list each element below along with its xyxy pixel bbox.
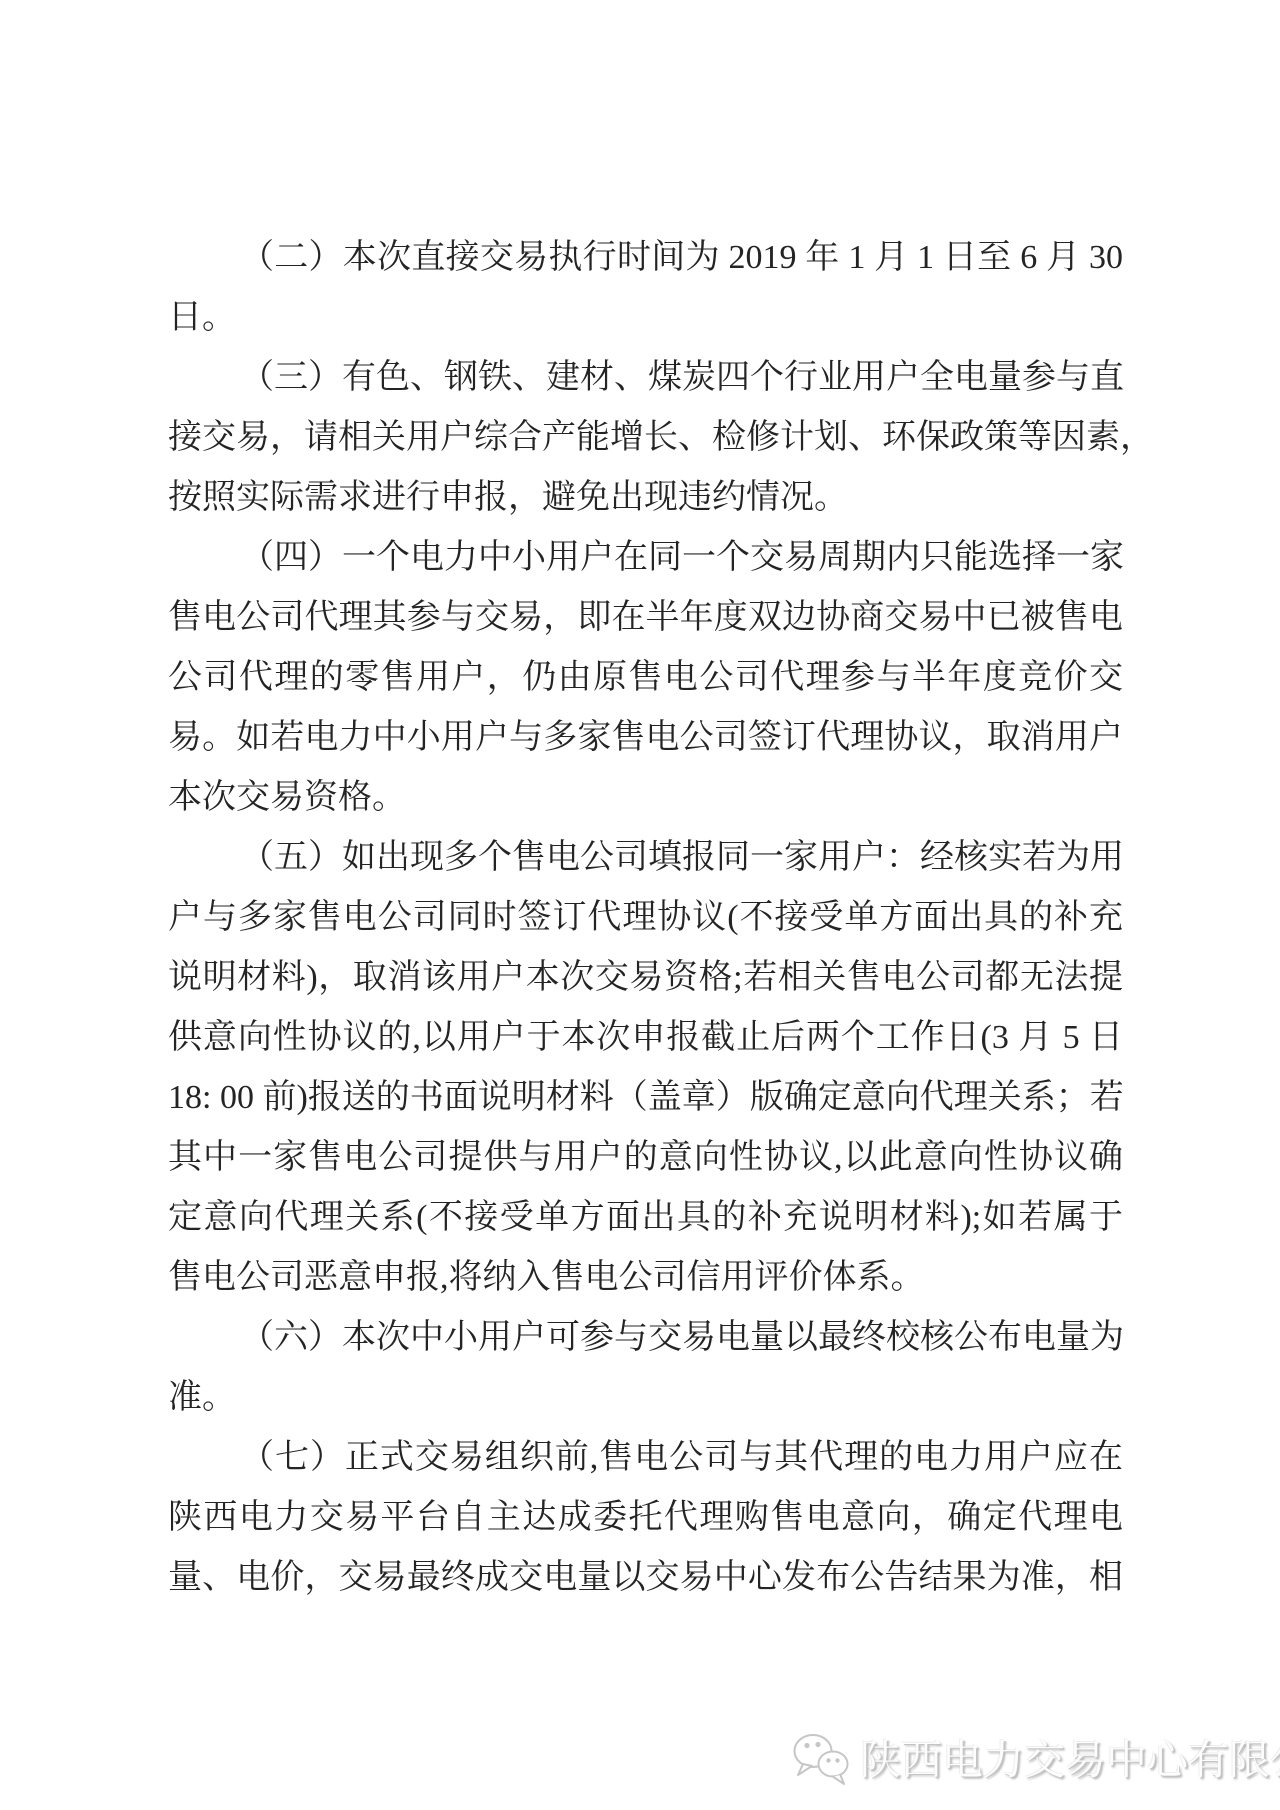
text-line: 说明材料)，取消该用户本次交易资格;若相关售电公司都无法提 [168,948,1123,1008]
text-line: （五）如出现多个售电公司填报同一家用户：经核实若为用 [168,828,1123,888]
paragraph: （五）如出现多个售电公司填报同一家用户：经核实若为用 户与多家售电公司同时签订代… [168,828,1123,1308]
text-line: （二）本次直接交易执行时间为 2019 年 1 月 1 日至 6 月 30 [168,228,1123,288]
text-line: 18: 00 前)报送的书面说明材料（盖章）版确定意向代理关系；若 [168,1068,1123,1128]
text-line: 售电公司恶意申报,将纳入售电公司信用评价体系。 [168,1248,1123,1308]
text-line: 陕西电力交易平台自主达成委托代理购售电意向，确定代理电 [168,1488,1123,1548]
text-line: 其中一家售电公司提供与用户的意向性协议,以此意向性协议确 [168,1128,1123,1188]
company-name: 陕西电力交易中心有限公司 [860,1730,1280,1790]
text-line: （七）正式交易组织前,售电公司与其代理的电力用户应在 [168,1428,1123,1488]
text-line: 易。如若电力中小用户与多家售电公司签订代理协议，取消用户 [168,708,1123,768]
document-body: （二）本次直接交易执行时间为 2019 年 1 月 1 日至 6 月 30 日。… [168,228,1123,1608]
text-line: 定意向代理关系(不接受单方面出具的补充说明材料);如若属于 [168,1188,1123,1248]
text-line: （三）有色、钢铁、建材、煤炭四个行业用户全电量参与直 [168,348,1123,408]
text-line: 按照实际需求进行申报，避免出现违约情况。 [168,468,1123,528]
wechat-icon [790,1730,852,1790]
text-line: 接交易，请相关用户综合产能增长、检修计划、环保政策等因素， [168,408,1123,468]
text-line: 本次交易资格。 [168,768,1123,828]
text-line: （六）本次中小用户可参与交易电量以最终校核公布电量为 [168,1308,1123,1368]
paragraph: （二）本次直接交易执行时间为 2019 年 1 月 1 日至 6 月 30 日。 [168,228,1123,348]
paragraph: （七）正式交易组织前,售电公司与其代理的电力用户应在 陕西电力交易平台自主达成委… [168,1428,1123,1608]
text-line: （四）一个电力中小用户在同一个交易周期内只能选择一家 [168,528,1123,588]
document-page: （二）本次直接交易执行时间为 2019 年 1 月 1 日至 6 月 30 日。… [0,0,1280,1810]
text-line: 日。 [168,288,1123,348]
paragraph: （六）本次中小用户可参与交易电量以最终校核公布电量为 准。 [168,1308,1123,1428]
paragraph: （三）有色、钢铁、建材、煤炭四个行业用户全电量参与直 接交易，请相关用户综合产能… [168,348,1123,528]
text-line: 售电公司代理其参与交易，即在半年度双边协商交易中已被售电 [168,588,1123,648]
text-line: 公司代理的零售用户，仍由原售电公司代理参与半年度竞价交 [168,648,1123,708]
text-line: 准。 [168,1368,1123,1428]
text-line: 供意向性协议的,以用户于本次申报截止后两个工作日(3 月 5 日 [168,1008,1123,1068]
text-line: 量、电价，交易最终成交电量以交易中心发布公告结果为准，相 [168,1548,1123,1608]
text-line: 户与多家售电公司同时签订代理协议(不接受单方面出具的补充 [168,888,1123,948]
paragraph: （四）一个电力中小用户在同一个交易周期内只能选择一家 售电公司代理其参与交易，即… [168,528,1123,828]
footer-watermark: 陕西电力交易中心有限公司 [790,1730,1280,1790]
